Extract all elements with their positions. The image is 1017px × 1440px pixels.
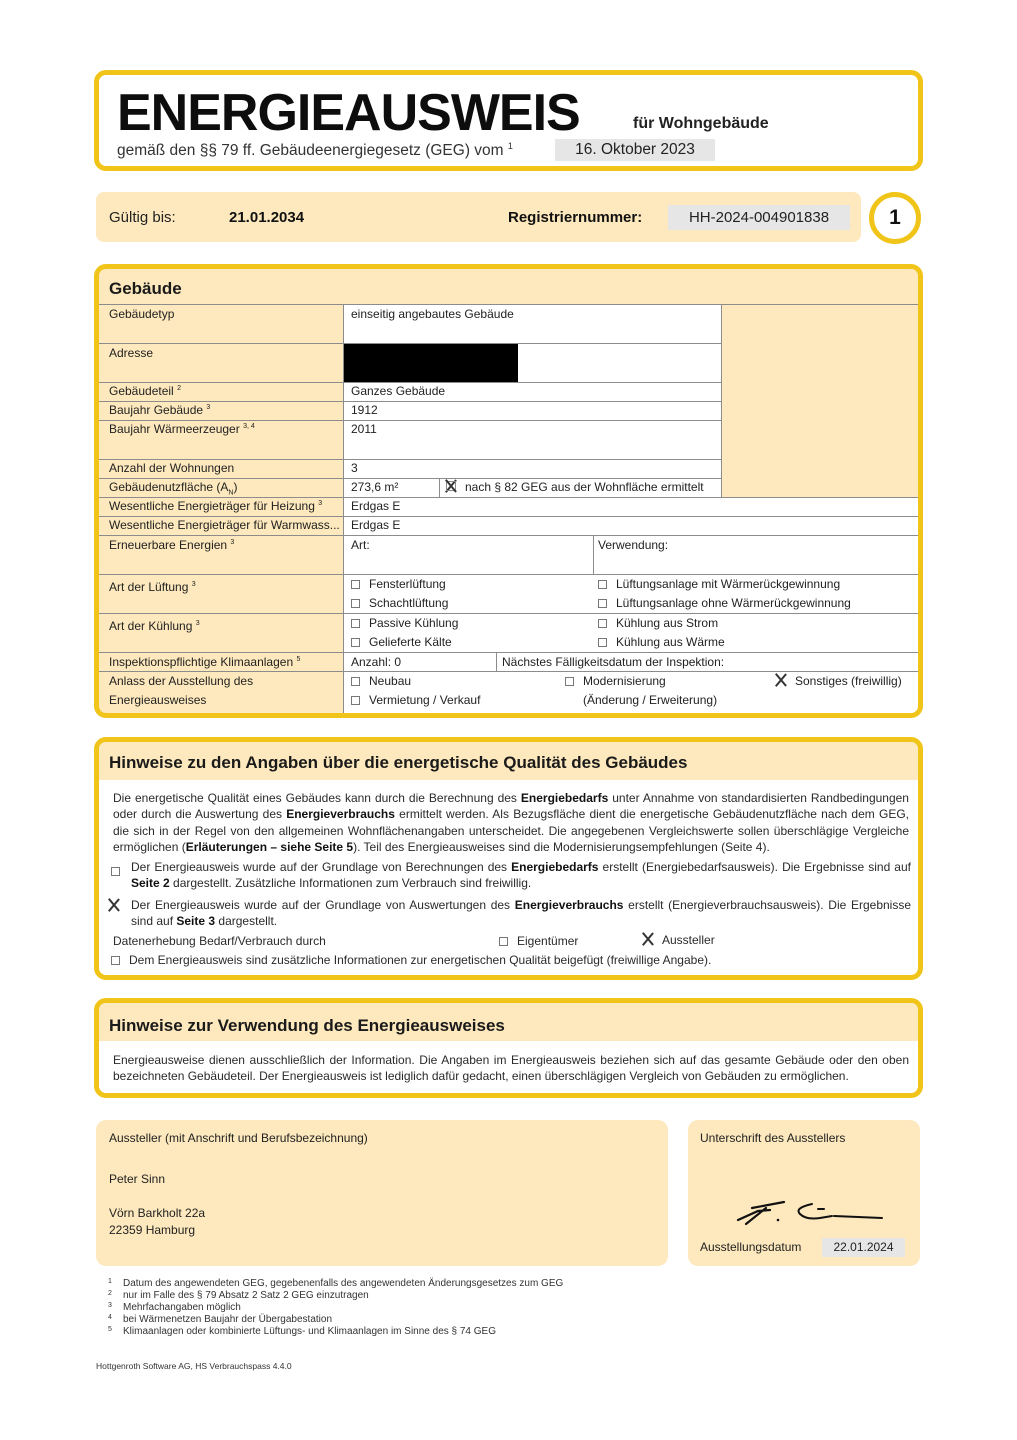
- label-address: Adresse: [109, 346, 153, 360]
- value-units: 3: [351, 461, 358, 475]
- value-energy-heating: Erdgas E: [351, 499, 400, 513]
- issuer-name: Peter Sinn: [109, 1172, 165, 1186]
- checkbox-icon: [598, 619, 607, 628]
- value-next-inspection: Nächstes Fälligkeitsdatum der Inspektion…: [502, 655, 724, 669]
- renewables-use-label: Verwendung:: [598, 538, 668, 552]
- building-section: Gebäude Gebäudetyp Adresse Gebäudeteil 2…: [94, 264, 923, 718]
- label-energy-water: Wesentliche Energieträger für Warmwass..…: [109, 518, 340, 532]
- usage-notes-section: Hinweise zur Verwendung des Energieauswe…: [94, 998, 923, 1098]
- option-other-voluntary[interactable]: Sonstiges (freiwillig): [774, 673, 902, 688]
- option-ventilation-without-recovery[interactable]: Lüftungsanlage ohne Wärmerückgewinnung: [598, 596, 851, 610]
- registration-label: Registriernummer:: [508, 209, 642, 226]
- building-heading: Gebäude: [99, 269, 918, 304]
- label-ac-inspection: Inspektionspflichtige Klimaanlagen 5: [109, 655, 300, 669]
- label-energy-heating: Wesentliche Energieträger für Heizung 3: [109, 499, 322, 513]
- label-year-building: Baujahr Gebäude 3: [109, 403, 210, 417]
- signature-label: Unterschrift des Ausstellers: [700, 1131, 845, 1145]
- checkbox-icon: [598, 638, 607, 647]
- option-new-build[interactable]: Neubau: [351, 674, 411, 688]
- option-modernisation-detail: (Änderung / Erweiterung): [583, 693, 717, 707]
- label-renewables: Erneuerbare Energien 3: [109, 538, 234, 552]
- option-demand-text: Der Energieausweis wurde auf der Grundla…: [131, 859, 911, 892]
- quality-notes-heading: Hinweise zu den Angaben über die energet…: [99, 742, 918, 780]
- quality-notes-intro: Die energetische Qualität eines Gebäudes…: [113, 790, 909, 855]
- issuer-label: Aussteller (mit Anschrift und Berufsbeze…: [109, 1131, 368, 1145]
- checkbox-icon: [351, 619, 360, 628]
- software-credit: Hottgenroth Software AG, HS Verbrauchspa…: [96, 1361, 292, 1371]
- checked-box-icon: [444, 479, 458, 493]
- signature-icon: [732, 1198, 892, 1228]
- option-passive-cooling[interactable]: Passive Kühlung: [351, 616, 458, 630]
- area-method-option[interactable]: nach § 82 GEG aus der Wohnfläche ermitte…: [444, 479, 704, 494]
- quality-notes-section: Hinweise zu den Angaben über die energet…: [94, 737, 923, 980]
- checkbox-icon: [351, 677, 360, 686]
- option-consumption-checkbox[interactable]: [107, 897, 128, 915]
- label-reason-line2: Energieausweises: [109, 693, 206, 707]
- option-ventilation-with-recovery[interactable]: Lüftungsanlage mit Wärmerückgewinnung: [598, 577, 840, 591]
- usage-notes-text: Energieausweise dienen ausschließlich de…: [113, 1052, 909, 1085]
- option-cooling-heat[interactable]: Kühlung aus Wärme: [598, 635, 725, 649]
- value-building-type: einseitig angebautes Gebäude: [351, 307, 514, 321]
- data-collection-label: Datenerhebung Bedarf/Verbrauch durch: [113, 933, 326, 949]
- document-title: ENERGIEAUSWEIS: [117, 83, 580, 143]
- law-date-field: 16. Oktober 2023: [555, 139, 715, 161]
- value-ac-count: Anzahl: 0: [351, 655, 401, 669]
- value-energy-water: Erdgas E: [351, 518, 400, 532]
- option-delivered-cold[interactable]: Gelieferte Kälte: [351, 635, 452, 649]
- checkbox-icon: [499, 937, 508, 946]
- issuer-box: Aussteller (mit Anschrift und Berufsbeze…: [96, 1120, 668, 1266]
- checkbox-icon: [351, 638, 360, 647]
- valid-until-label: Gültig bis:: [109, 209, 176, 226]
- label-units: Anzahl der Wohnungen: [109, 461, 234, 475]
- option-owner[interactable]: Eigentümer: [499, 933, 578, 949]
- document-subtitle: für Wohngebäude: [633, 115, 769, 133]
- label-year-heater: Baujahr Wärmeerzeuger 3, 4: [109, 422, 255, 436]
- value-building-part: Ganzes Gebäude: [351, 384, 445, 398]
- label-reason-line1: Anlass der Ausstellung des: [109, 674, 253, 688]
- value-floor-area: 273,6 m²: [351, 480, 398, 494]
- checkbox-icon: [598, 580, 607, 589]
- option-rent-sale[interactable]: Vermietung / Verkauf: [351, 693, 480, 707]
- checked-box-icon: [641, 932, 655, 946]
- page-number-badge: 1: [869, 192, 921, 244]
- value-year-building: 1912: [351, 403, 378, 417]
- option-shaft-ventilation[interactable]: Schachtlüftung: [351, 596, 448, 610]
- option-cooling-electric[interactable]: Kühlung aus Strom: [598, 616, 718, 630]
- label-cooling: Art der Kühlung 3: [109, 619, 200, 633]
- issue-date-field: 22.01.2024: [822, 1238, 905, 1257]
- checkbox-icon: [565, 677, 574, 686]
- address-redaction: [344, 344, 518, 382]
- checked-box-icon: [774, 673, 788, 687]
- option-demand-checkbox[interactable]: [111, 862, 129, 880]
- option-additional-info[interactable]: Dem Energieausweis sind zusätzliche Info…: [111, 952, 711, 968]
- value-year-heater: 2011: [351, 422, 377, 436]
- footnote-5: 5Klimaanlagen oder kombinierte Lüftungs-…: [108, 1324, 496, 1338]
- label-building-type: Gebäudetyp: [109, 307, 174, 321]
- label-floor-area: Gebäudenutzfläche (AN): [109, 480, 237, 496]
- title-box: ENERGIEAUSWEIS für Wohngebäude gemäß den…: [94, 70, 923, 171]
- signature-box: Unterschrift des Ausstellers Ausstellung…: [688, 1120, 920, 1266]
- checkbox-icon: [351, 599, 360, 608]
- issuer-street: Vörn Barkholt 22a: [109, 1206, 205, 1220]
- renewables-kind-label: Art:: [351, 538, 370, 552]
- checkbox-icon: [111, 867, 120, 876]
- registration-number-field: HH-2024-004901838: [668, 205, 850, 230]
- issuer-city: 22359 Hamburg: [109, 1223, 195, 1237]
- checkbox-icon: [111, 956, 120, 965]
- option-modernisation[interactable]: Modernisierung: [565, 674, 666, 688]
- checkbox-icon: [351, 580, 360, 589]
- checkbox-icon: [598, 599, 607, 608]
- valid-until-value: 21.01.2034: [229, 209, 304, 226]
- issue-date-label: Ausstellungsdatum: [700, 1240, 801, 1254]
- option-window-ventilation[interactable]: Fensterlüftung: [351, 577, 446, 591]
- validity-bar: Gültig bis: 21.01.2034 Registriernummer:…: [96, 192, 861, 242]
- option-consumption-text: Der Energieausweis wurde auf der Grundla…: [131, 897, 911, 930]
- label-building-part: Gebäudeteil 2: [109, 384, 181, 398]
- option-issuer[interactable]: Aussteller: [641, 932, 715, 948]
- checked-box-icon: [107, 898, 121, 912]
- checkbox-icon: [351, 696, 360, 705]
- usage-notes-heading: Hinweise zur Verwendung des Energieauswe…: [99, 1003, 918, 1041]
- label-ventilation: Art der Lüftung 3: [109, 580, 196, 594]
- law-reference: gemäß den §§ 79 ff. Gebäudeenergiegesetz…: [117, 141, 513, 160]
